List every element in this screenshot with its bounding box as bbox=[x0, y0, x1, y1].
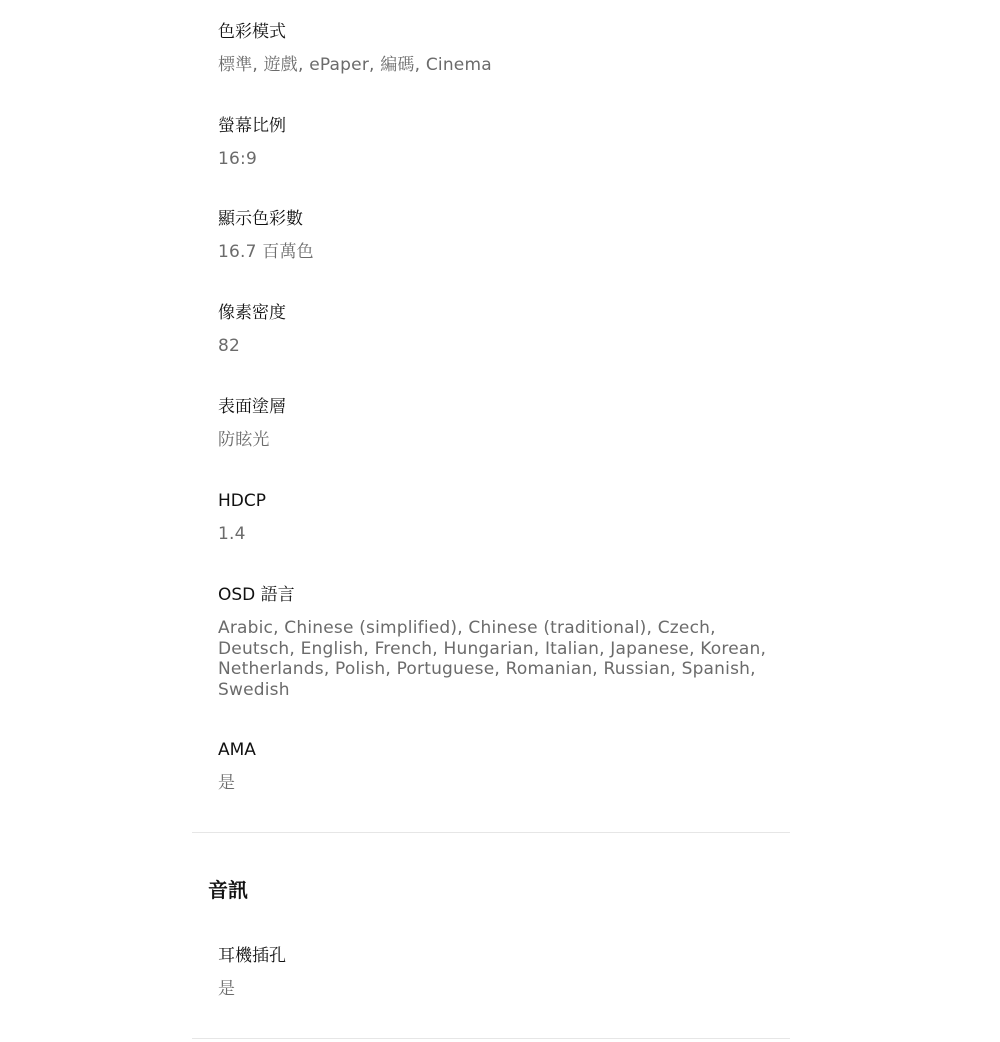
spec-headphone-jack: 耳機插孔 是 bbox=[218, 945, 788, 1000]
spec-label: 耳機插孔 bbox=[218, 945, 788, 967]
spec-value: 標準, 遊戲, ePaper, 編碼, Cinema bbox=[218, 55, 788, 76]
spec-value: 防眩光 bbox=[218, 430, 788, 451]
section-title-audio: 音訊 bbox=[208, 877, 248, 903]
spec-surface-coating: 表面塗層 防眩光 bbox=[218, 396, 788, 451]
spec-value: 16:9 bbox=[218, 149, 788, 170]
spec-value: 是 bbox=[218, 773, 788, 794]
spec-hdcp: HDCP 1.4 bbox=[218, 490, 788, 545]
spec-label: HDCP bbox=[218, 490, 788, 512]
spec-color-mode: 色彩模式 標準, 遊戲, ePaper, 編碼, Cinema bbox=[218, 21, 788, 76]
spec-ama: AMA 是 bbox=[218, 739, 788, 794]
spec-value: Arabic, Chinese (simplified), Chinese (t… bbox=[218, 618, 788, 700]
spec-value: 1.4 bbox=[218, 524, 788, 545]
spec-label: 螢幕比例 bbox=[218, 115, 788, 137]
section-divider bbox=[192, 832, 790, 833]
spec-label: 顯示色彩數 bbox=[218, 208, 788, 230]
spec-display-colors: 顯示色彩數 16.7 百萬色 bbox=[218, 208, 788, 263]
spec-osd-language: OSD 語言 Arabic, Chinese (simplified), Chi… bbox=[218, 584, 788, 700]
spec-label: 像素密度 bbox=[218, 302, 788, 324]
spec-label: 表面塗層 bbox=[218, 396, 788, 418]
spec-label: OSD 語言 bbox=[218, 584, 788, 606]
spec-label: AMA bbox=[218, 739, 788, 761]
spec-pixel-density: 像素密度 82 bbox=[218, 302, 788, 357]
section-divider bbox=[192, 1038, 790, 1039]
spec-label: 色彩模式 bbox=[218, 21, 788, 43]
spec-value: 82 bbox=[218, 336, 788, 357]
spec-value: 是 bbox=[218, 979, 788, 1000]
spec-aspect-ratio: 螢幕比例 16:9 bbox=[218, 115, 788, 170]
spec-value: 16.7 百萬色 bbox=[218, 242, 788, 263]
